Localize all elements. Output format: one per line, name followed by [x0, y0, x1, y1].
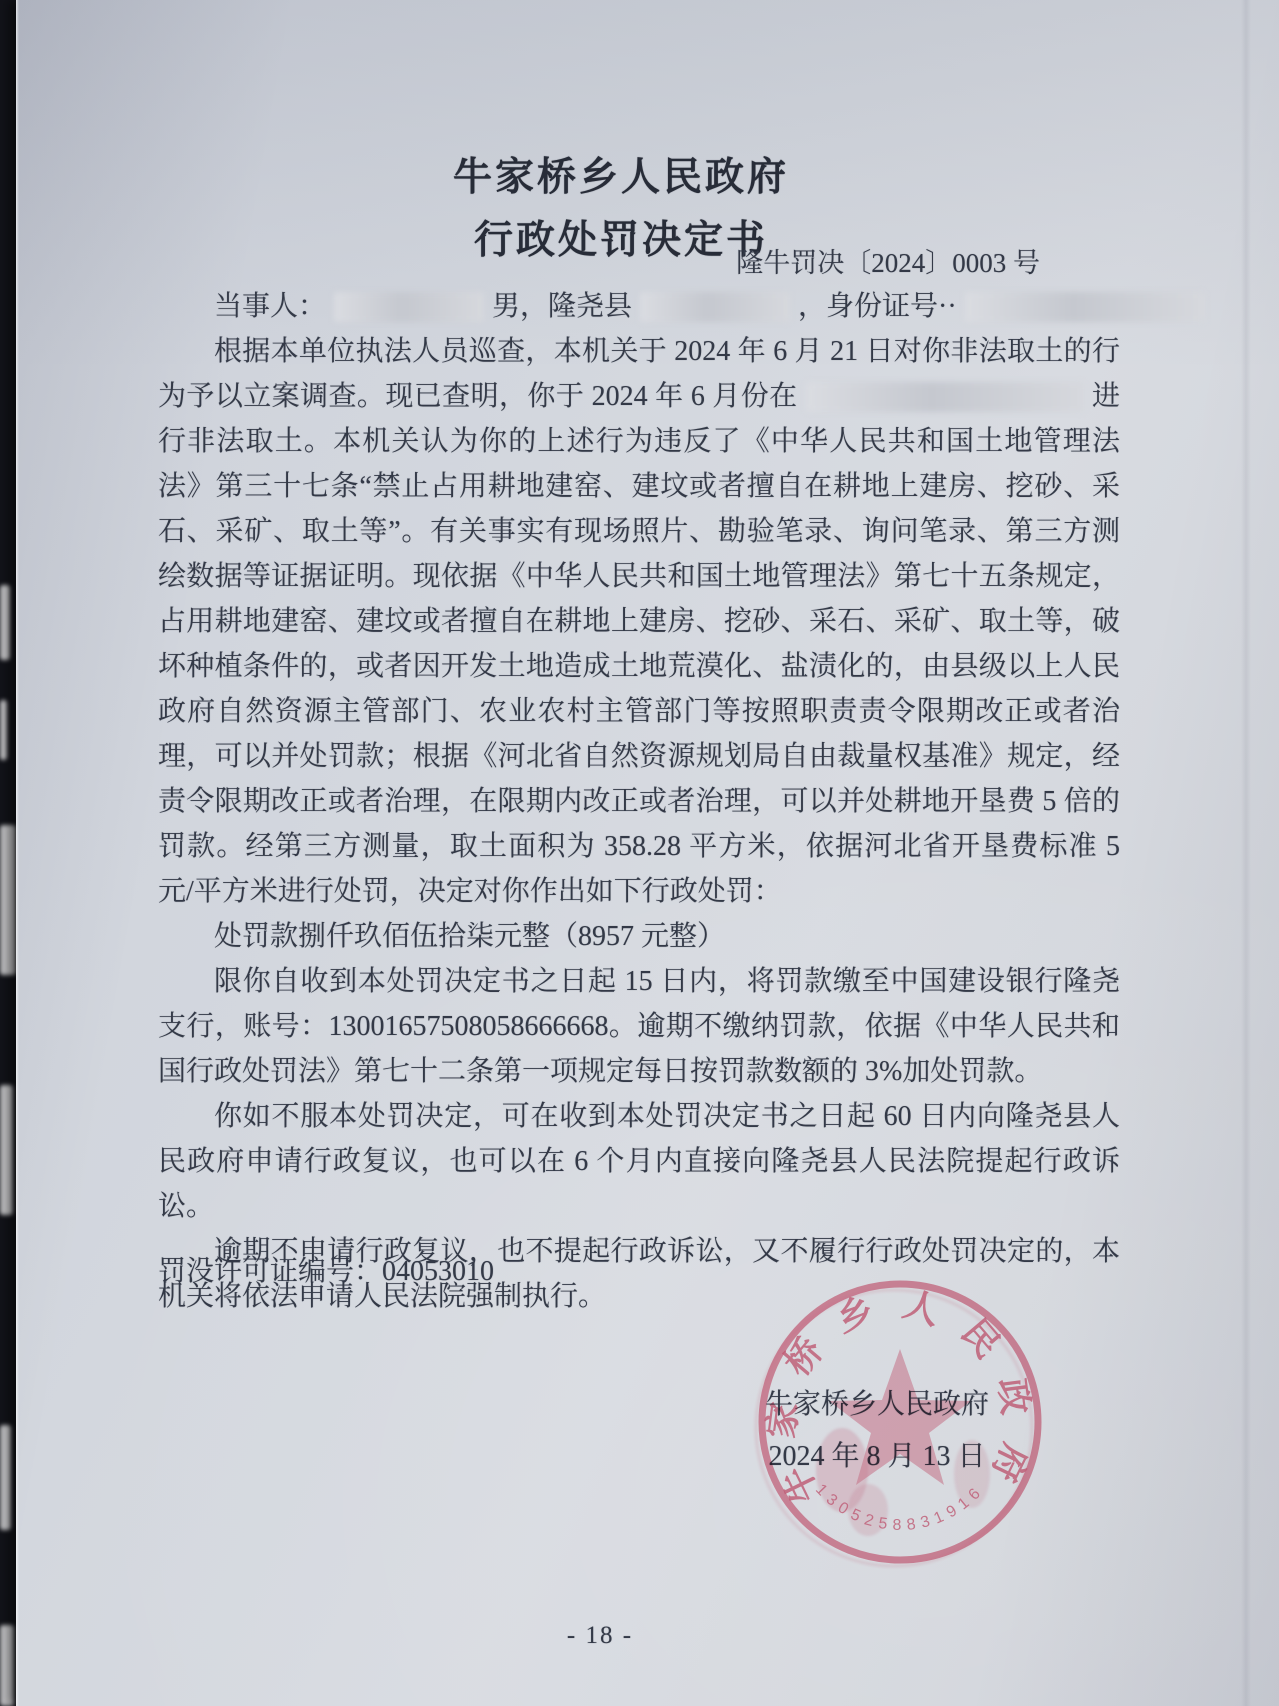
license-number-line: 罚没许可证编号：04053010 [158, 1249, 494, 1289]
penalty-amount-line: 处罚款捌仟玖佰伍拾柒元整（8957 元整） [158, 914, 1120, 959]
appeal-rights-paragraph: 你如不服本处罚决定，可在收到本处罚决定书之日起 60 日内向隆尧县人民政府申请行… [158, 1094, 1120, 1229]
page-number: - 18 - [16, 1622, 1184, 1650]
document-number: 隆牛罚决〔2024〕0003 号 [16, 241, 1040, 280]
facts-paragraph: 根据本单位执法人员巡查，本机关于 2024 年 6 月 21 日对你非法取土的行… [158, 329, 1120, 914]
issuing-authority-title: 牛家桥乡人民政府 [16, 146, 1226, 202]
redaction-address [640, 292, 790, 322]
redaction-location [806, 382, 1084, 412]
fabric-stripe [0, 700, 7, 760]
party-id-label: ，身份证号·· [798, 291, 957, 322]
party-line: 当事人：男，隆尧县，身份证号·· [158, 284, 1120, 329]
party-label: 当事人： [214, 291, 326, 322]
document-page: 牛家桥乡人民政府 行政处罚决定书 隆牛罚决〔2024〕0003 号 当事人：男，… [16, 0, 1279, 1706]
official-seal-stamp: 牛家桥乡人民政府 1305258831916 [740, 1262, 1060, 1582]
document-body: 当事人：男，隆尧县，身份证号·· 根据本单位执法人员巡查，本机关于 2024 年… [158, 284, 1120, 1319]
photo-of-document: 牛家桥乡人民政府 行政处罚决定书 隆牛罚决〔2024〕0003 号 当事人：男，… [0, 0, 1279, 1706]
fabric-stripe [0, 1425, 11, 1530]
fabric-stripe [0, 1085, 13, 1215]
fabric-stripe [0, 1625, 14, 1706]
fabric-stripe [0, 585, 10, 660]
redaction-id-number [965, 292, 1205, 322]
fabric-stripe [0, 825, 16, 975]
payment-instructions-paragraph: 限你自收到本处罚决定书之日起 15 日内，将罚款缴至中国建设银行隆尧支行，账号：… [158, 959, 1120, 1094]
redaction-name [334, 292, 484, 322]
facts-text-2: 进行非法取土。本机关认为你的上述行为违反了《中华人民共和国土地管理法法》第三十七… [158, 381, 1120, 907]
party-gender-county: 男，隆尧县 [492, 291, 632, 322]
